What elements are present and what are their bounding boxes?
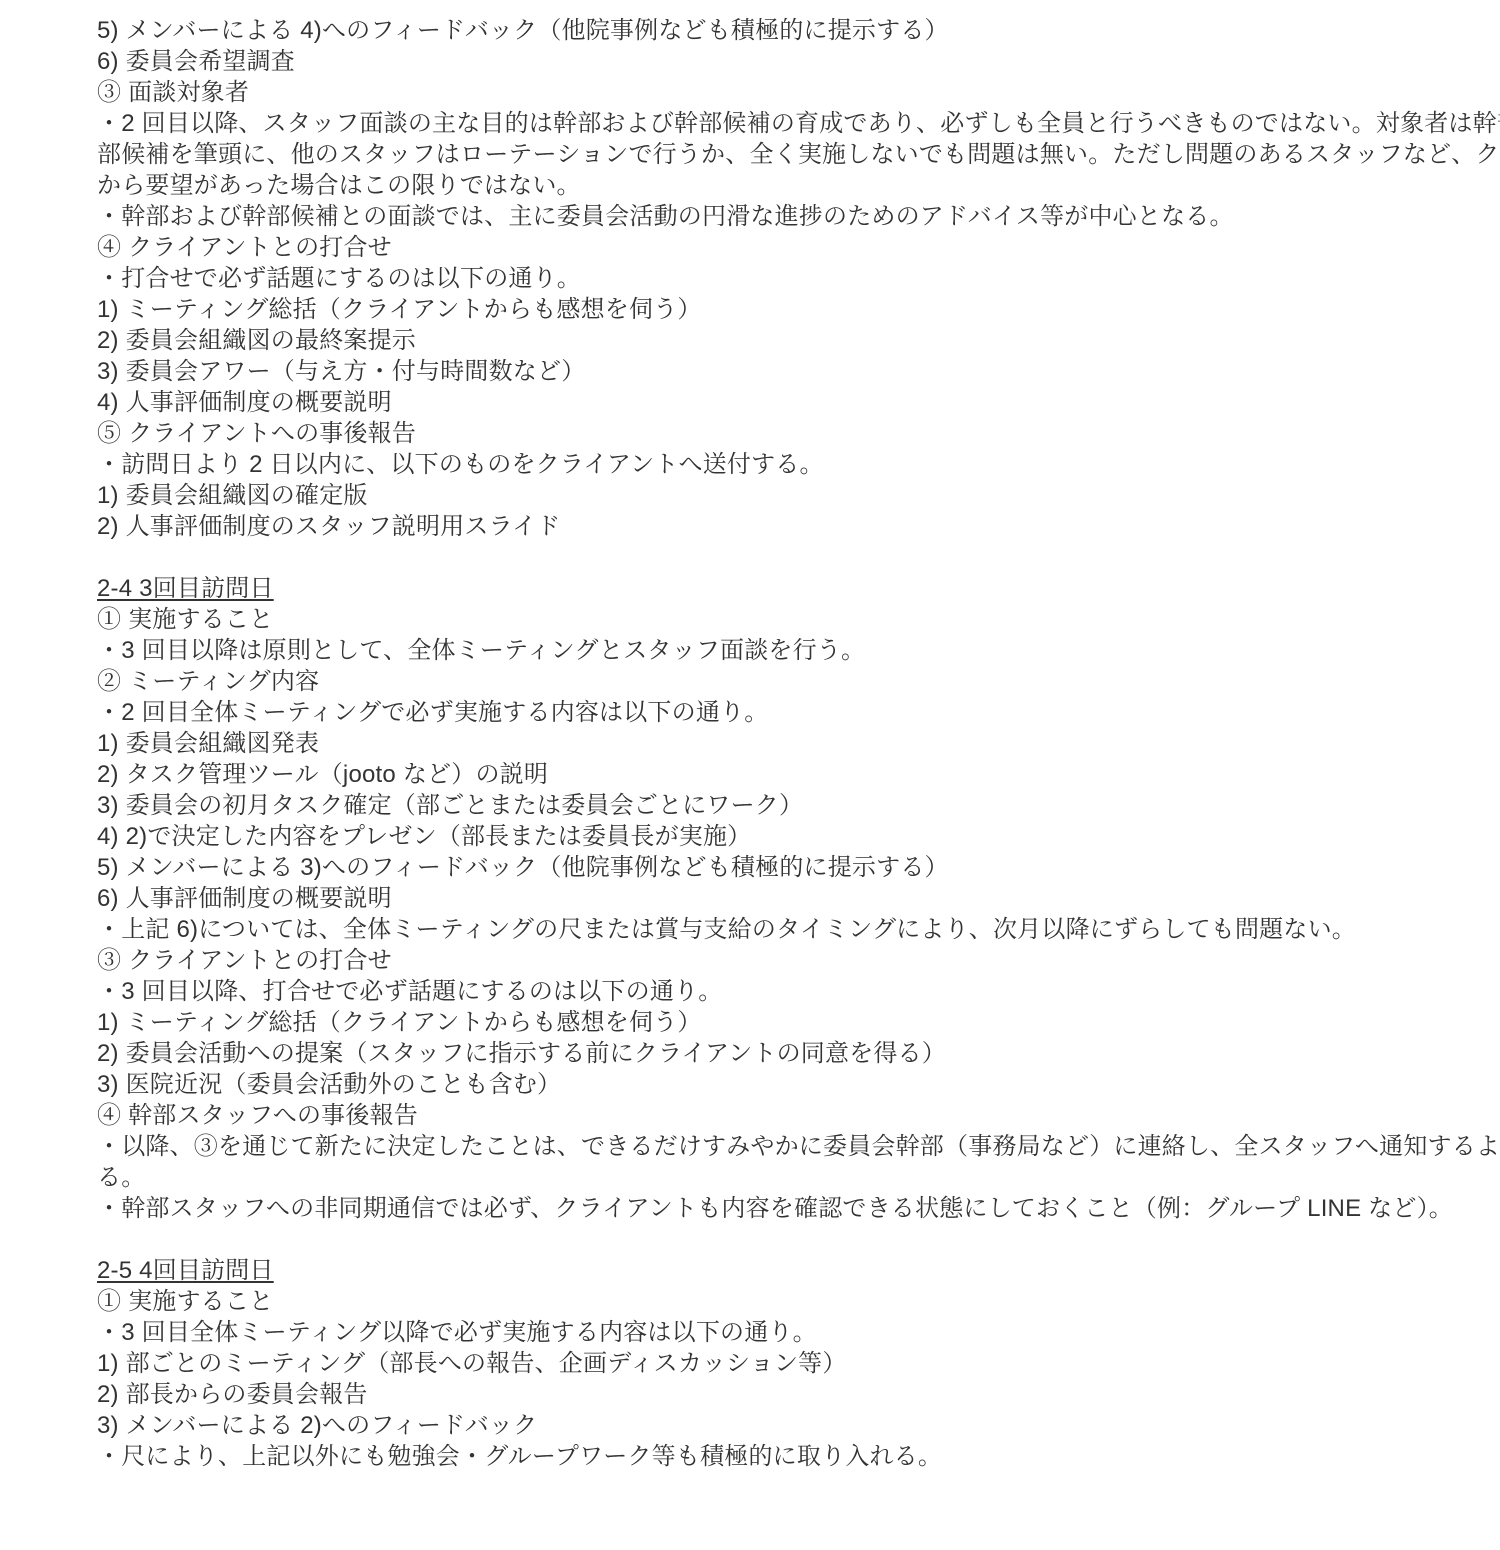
text-line: ② ミーティング内容 <box>97 666 1427 697</box>
text-line: ・幹部および幹部候補との面談では、主に委員会活動の円滑な進捗のためのアドバイス等… <box>97 201 1427 232</box>
text-line: 1) 部ごとのミーティング（部長への報告、企画ディスカッション等） <box>97 1348 1427 1379</box>
text-line: 2) 委員会活動への提案（スタッフに指示する前にクライアントの同意を得る） <box>97 1038 1427 1069</box>
text-line: ④ クライアントとの打合せ <box>97 232 1427 263</box>
text-line: 4) 2)で決定した内容をプレゼン（部長または委員長が実施） <box>97 821 1427 852</box>
document-page: 5) メンバーによる 4)へのフィードバック（他院事例なども積極的に提示する）6… <box>0 0 1500 1550</box>
text-line: 3) 委員会の初月タスク確定（部ごとまたは委員会ごとにワーク） <box>97 790 1427 821</box>
text-line: 6) 委員会希望調査 <box>97 46 1427 77</box>
text-line: 2) タスク管理ツール（jooto など）の説明 <box>97 759 1427 790</box>
text-line: ・2 回目全体ミーティングで必ず実施する内容は以下の通り。 <box>97 697 1427 728</box>
text-line: ④ 幹部スタッフへの事後報告 <box>97 1100 1427 1131</box>
text-line: ・幹部スタッフへの非同期通信では必ず、クライアントも内容を確認できる状態にしてお… <box>97 1193 1427 1224</box>
text-line: 1) 委員会組織図の確定版 <box>97 480 1427 511</box>
blank-line <box>97 1224 1427 1255</box>
text-line: 2) 委員会組織図の最終案提示 <box>97 325 1427 356</box>
text-line: ・3 回目以降は原則として、全体ミーティングとスタッフ面談を行う。 <box>97 635 1427 666</box>
text-line: ・以降、③を通じて新たに決定したことは、できるだけすみやかに委員会幹部（事務局な… <box>97 1131 1427 1162</box>
text-line: 部候補を筆頭に、他のスタッフはローテーションで行うか、全く実施しないでも問題は無… <box>97 139 1427 170</box>
text-line: 5) メンバーによる 4)へのフィードバック（他院事例なども積極的に提示する） <box>97 15 1427 46</box>
text-line: 1) ミーティング総括（クライアントからも感想を伺う） <box>97 294 1427 325</box>
text-line: ・上記 6)については、全体ミーティングの尺または賞与支給のタイミングにより、次… <box>97 914 1427 945</box>
text-line: ① 実施すること <box>97 1286 1427 1317</box>
text-line: 4) 人事評価制度の概要説明 <box>97 387 1427 418</box>
text-line: ・3 回目以降、打合せで必ず話題にするのは以下の通り。 <box>97 976 1427 1007</box>
text-line: ・2 回目以降、スタッフ面談の主な目的は幹部および幹部候補の育成であり、必ずしも… <box>97 108 1427 139</box>
text-line: 2) 人事評価制度のスタッフ説明用スライド <box>97 511 1427 542</box>
text-line: ・3 回目全体ミーティング以降で必ず実施する内容は以下の通り。 <box>97 1317 1427 1348</box>
text-line: 3) 医院近況（委員会活動外のことも含む） <box>97 1069 1427 1100</box>
blank-line <box>97 542 1427 573</box>
text-line: 1) ミーティング総括（クライアントからも感想を伺う） <box>97 1007 1427 1038</box>
text-line: ③ 面談対象者 <box>97 77 1427 108</box>
text-line: ・訪問日より 2 日以内に、以下のものをクライアントへ送付する。 <box>97 449 1427 480</box>
section-heading: 2-5 4回目訪問日 <box>97 1255 1427 1286</box>
document-body: 5) メンバーによる 4)へのフィードバック（他院事例なども積極的に提示する）6… <box>97 15 1427 1472</box>
text-line: 1) 委員会組織図発表 <box>97 728 1427 759</box>
text-line: から要望があった場合はこの限りではない。 <box>97 170 1427 201</box>
text-line: る。 <box>97 1162 1427 1193</box>
text-line: 2) 部長からの委員会報告 <box>97 1379 1427 1410</box>
text-line: ① 実施すること <box>97 604 1427 635</box>
section-heading: 2-4 3回目訪問日 <box>97 573 1427 604</box>
text-line: 3) 委員会アワー（与え方・付与時間数など） <box>97 356 1427 387</box>
text-line: ⑤ クライアントへの事後報告 <box>97 418 1427 449</box>
text-line: 3) メンバーによる 2)へのフィードバック <box>97 1410 1427 1441</box>
text-line: 6) 人事評価制度の概要説明 <box>97 883 1427 914</box>
text-line: ・打合せで必ず話題にするのは以下の通り。 <box>97 263 1427 294</box>
text-line: ・尺により、上記以外にも勉強会・グループワーク等も積極的に取り入れる。 <box>97 1441 1427 1472</box>
text-line: 5) メンバーによる 3)へのフィードバック（他院事例なども積極的に提示する） <box>97 852 1427 883</box>
text-line: ③ クライアントとの打合せ <box>97 945 1427 976</box>
